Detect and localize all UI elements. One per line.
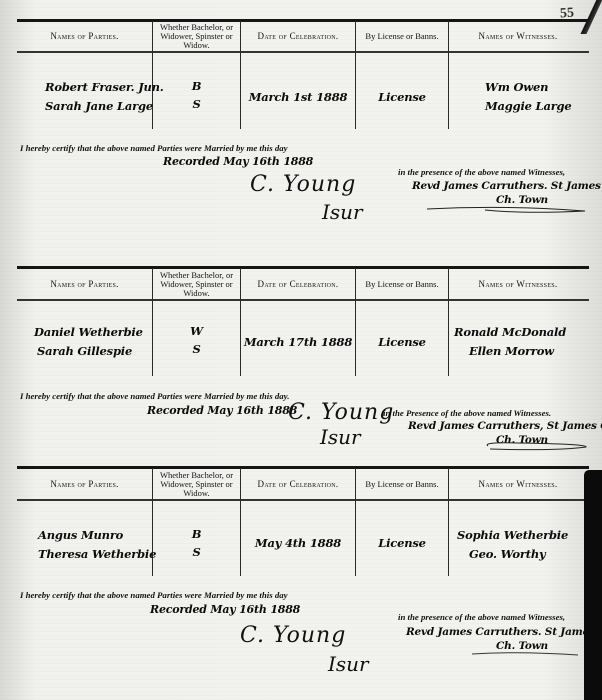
header-license: By License or Banns. <box>356 469 448 499</box>
header-status: Whether Bachelor, or Widower, Spinster o… <box>153 469 240 499</box>
record-table: Names of Parties. Whether Bachelor, or W… <box>17 19 589 129</box>
recorded-date: Recorded May 16th 1888 <box>147 404 297 417</box>
signature-registrar: C. Young <box>240 623 346 648</box>
party-bride: Sarah Gillespie <box>37 344 132 358</box>
record-table: Names of Parties. Whether Bachelor, or W… <box>17 266 589 376</box>
header-date: Date of Celebration. <box>241 469 355 499</box>
header-status: Whether Bachelor, or Widower, Spinster o… <box>153 269 240 299</box>
license-or-banns: License <box>356 536 448 550</box>
header-date: Date of Celebration. <box>241 269 355 299</box>
presence-text: in the Presence of the above named Witne… <box>383 408 551 418</box>
celebration-date: March 17th 1888 <box>241 335 355 349</box>
license-or-banns: License <box>356 335 448 349</box>
certification-text: I hereby certify that the above named Pa… <box>20 143 288 153</box>
status-groom: B <box>153 79 240 93</box>
signature-registrar: C. Young <box>288 400 394 425</box>
officiating-minister: Revd James Carruthers. St James Church <box>406 626 602 638</box>
party-bride: Theresa Wetherbie <box>38 547 156 561</box>
header-names-of-parties: Names of Parties. <box>17 22 152 51</box>
celebration-date: May 4th 1888 <box>241 536 355 550</box>
officiating-minister: Revd James Carruthers, St James Church, <box>408 420 602 432</box>
status-groom: W <box>153 324 240 338</box>
witness-2: Maggie Large <box>485 99 572 113</box>
register-page: 55 Names of Parties. Whether Bachelor, o… <box>0 0 602 700</box>
header-status: Whether Bachelor, or Widower, Spinster o… <box>153 22 240 51</box>
header-witnesses: Names of Witnesses. <box>449 469 587 499</box>
header-license: By License or Banns. <box>356 269 448 299</box>
header-license: By License or Banns. <box>356 22 448 51</box>
celebration-date: March 1st 1888 <box>241 90 355 104</box>
party-groom: Angus Munro <box>38 528 123 542</box>
header-names-of-parties: Names of Parties. <box>17 469 152 499</box>
party-groom: Robert Fraser. Jun. <box>45 80 164 94</box>
page-edge-shadow <box>584 470 602 700</box>
witness-1: Ronald McDonald <box>454 325 566 339</box>
header-rule <box>17 51 589 53</box>
signature-initials: Isur <box>328 652 369 676</box>
header-date: Date of Celebration. <box>241 22 355 51</box>
presence-text: in the presence of the above named Witne… <box>398 167 565 177</box>
witness-2: Ellen Morrow <box>469 344 554 358</box>
signature-initials: Isur <box>322 200 363 224</box>
header-rule <box>17 499 589 501</box>
status-groom: B <box>153 527 240 541</box>
license-or-banns: License <box>356 90 448 104</box>
recorded-date: Recorded May 16th 1888 <box>150 603 300 616</box>
header-rule <box>17 299 589 301</box>
status-bride: S <box>153 97 240 111</box>
signature-initials: Isur <box>320 425 361 449</box>
witness-2: Geo. Worthy <box>469 547 545 561</box>
certification-text: I hereby certify that the above named Pa… <box>20 391 289 401</box>
header-witnesses: Names of Witnesses. <box>449 22 587 51</box>
signature-registrar: C. Young <box>250 172 356 197</box>
recorded-date: Recorded May 16th 1888 <box>163 155 313 168</box>
flourish-underline <box>425 203 590 215</box>
certification-text: I hereby certify that the above named Pa… <box>20 590 288 600</box>
status-bride: S <box>153 545 240 559</box>
party-bride: Sarah Jane Large <box>45 99 153 113</box>
status-bride: S <box>153 342 240 356</box>
flourish-underline <box>478 440 593 452</box>
presence-text: in the presence of the above named Witne… <box>398 612 565 622</box>
officiating-minister: Revd James Carruthers. St James Church <box>412 180 602 192</box>
header-names-of-parties: Names of Parties. <box>17 269 152 299</box>
record-table: Names of Parties. Whether Bachelor, or W… <box>17 466 589 576</box>
witness-1: Wm Owen <box>485 80 548 94</box>
party-groom: Daniel Wetherbie <box>34 325 143 339</box>
header-witnesses: Names of Witnesses. <box>449 269 587 299</box>
flourish-underline <box>470 650 580 660</box>
witness-1: Sophia Wetherbie <box>457 528 568 542</box>
